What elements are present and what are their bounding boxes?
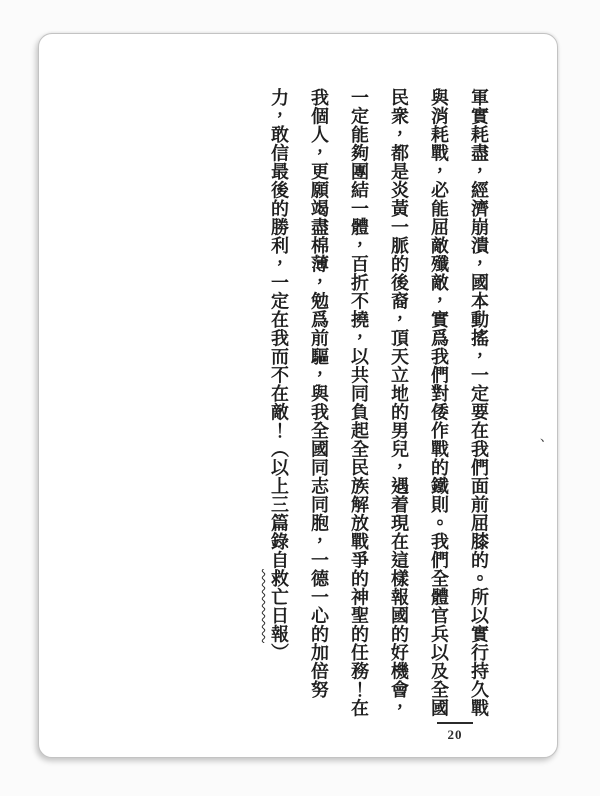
book-page: 軍實耗盡，經濟崩潰，國本動搖，一定要在我們面前屈膝的。所以實行持久戰 與消耗戰，… xyxy=(38,33,558,758)
text-column-5: 我個人，更願竭盡棉薄，勉爲前驅，與我全國同志同胞，一德一心的加倍努 xyxy=(299,88,339,716)
stray-ink-mark: 、 xyxy=(526,438,546,452)
column-6-closing-paren: ） xyxy=(269,643,289,662)
body-text-block: 軍實耗盡，經濟崩潰，國本動搖，一定要在我們面前屈膝的。所以實行持久戰 與消耗戰，… xyxy=(259,88,499,716)
scanned-page-background: 軍實耗盡，經濟崩潰，國本動搖，一定要在我們面前屈膝的。所以實行持久戰 與消耗戰，… xyxy=(0,0,600,796)
text-column-1: 軍實耗盡，經濟崩潰，國本動搖，一定要在我們面前屈膝的。所以實行持久戰 xyxy=(459,88,499,716)
newspaper-title-wavy-underline: 救亡日報 xyxy=(269,569,289,643)
text-column-4: 一定能夠團結一體，百折不撓，以共同負起全民族解放戰爭的神聖的任務！在 xyxy=(339,88,379,716)
column-6-text: 力，敢信最後的勝利，一定在我而不在敵！（以上三篇錄自 xyxy=(269,88,289,569)
text-column-6: 力，敢信最後的勝利，一定在我而不在敵！（以上三篇錄自救亡日報） xyxy=(259,88,299,716)
text-column-3: 民衆，都是炎黃一脈的後裔，頂天立地的男兒，遇着現在這樣報國的好機會， xyxy=(379,88,419,716)
text-column-2: 與消耗戰，必能屈敵殲敵，實爲我們對倭作戰的鐵則。我們全體官兵以及全國 xyxy=(419,88,459,716)
page-number: 20 xyxy=(437,722,473,743)
